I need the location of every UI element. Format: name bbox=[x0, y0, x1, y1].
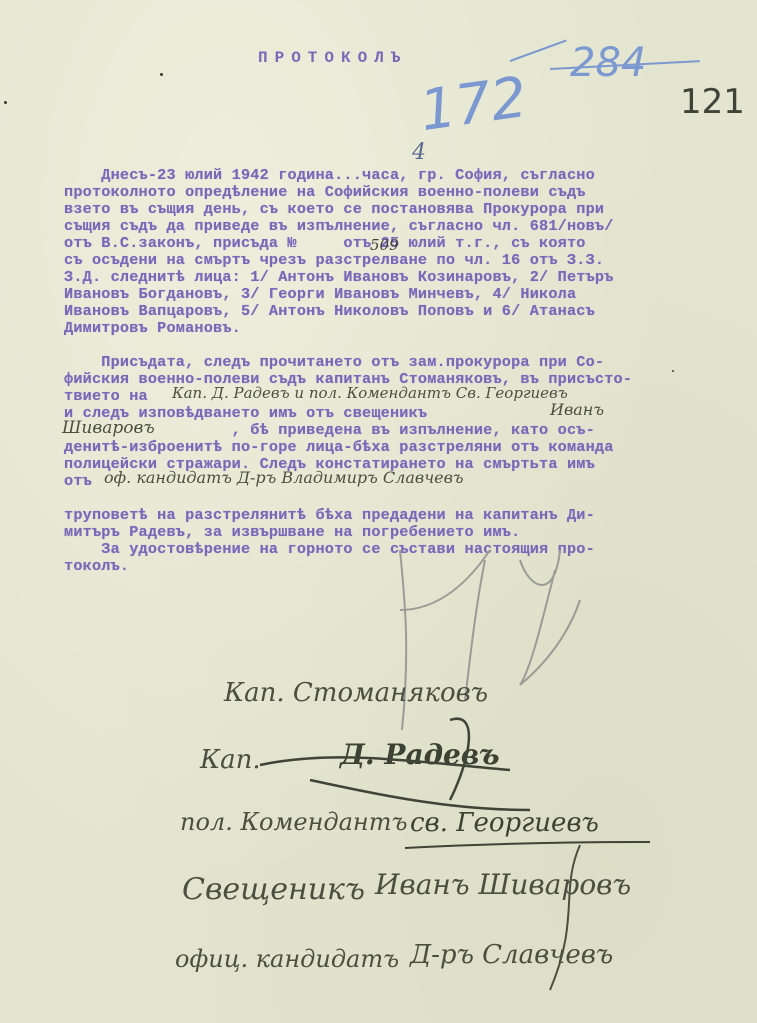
body-line: твието на bbox=[64, 387, 148, 405]
body-line: отъ В.С.законъ, присъда № отъ 25 юлий т.… bbox=[64, 234, 586, 252]
handwritten-priest-last: Шиваровъ bbox=[62, 418, 155, 438]
paper-speck bbox=[672, 370, 674, 372]
body-line: Присъдата, следъ прочитането отъ зам.про… bbox=[64, 353, 604, 371]
body-line: съ осъдени на смъртъ чрезъ разстрелване … bbox=[64, 251, 604, 269]
paper-speck bbox=[4, 101, 7, 104]
body-line: Днесъ-23 юлий 1942 година...часа, гр. Со… bbox=[64, 166, 595, 184]
document-paper: ПРОТОКОЛЪ 172 284 121 4 Днесъ-23 юлий 19… bbox=[0, 0, 757, 1023]
signature-flourish bbox=[250, 700, 570, 820]
document-title: ПРОТОКОЛЪ bbox=[258, 49, 407, 67]
body-line: З.Д. следнитѣ лица: 1/ Антонъ Ивановъ Ко… bbox=[64, 268, 614, 286]
signature-name: Д-ръ Славчевъ bbox=[410, 940, 613, 970]
paper-speck bbox=[160, 73, 163, 76]
handwritten-presence: Кап. Д. Радевъ и пол. Комендантъ Св. Гео… bbox=[172, 384, 568, 402]
signature-name: св. Георгиевъ bbox=[410, 808, 599, 838]
body-line: токолъ. bbox=[64, 557, 129, 575]
handwritten-hour: 4 bbox=[412, 140, 426, 165]
handwritten-priest-first: Иванъ bbox=[550, 400, 604, 419]
body-line: Ивановъ Богдановъ, 3/ Георги Ивановъ Мин… bbox=[64, 285, 576, 303]
archive-number-primary: 172 bbox=[416, 65, 531, 144]
signature-stroke bbox=[520, 840, 620, 1000]
body-line: взето въ същия день, съ което се постано… bbox=[64, 200, 604, 218]
signature-role: офиц. кандидатъ bbox=[175, 945, 399, 973]
body-line: същия съдъ да приведе въ изпълнение, съг… bbox=[64, 217, 614, 235]
body-line: митъръ Радевъ, за извършване на погребен… bbox=[64, 523, 520, 541]
body-line: Димитровъ Романовъ. bbox=[64, 319, 241, 337]
body-line: Ивановъ Вапцаровъ, 5/ Антонъ Николовъ По… bbox=[64, 302, 595, 320]
strikethrough-line bbox=[510, 40, 567, 62]
body-line: протоколното опредѣление на Софийския во… bbox=[64, 183, 586, 201]
page-number: 121 bbox=[680, 82, 745, 122]
signature-role: Свещеникъ bbox=[182, 872, 365, 907]
signature-role: пол. Комендантъ bbox=[180, 808, 407, 836]
body-line: труповетѣ на разстрелянитѣ бѣха предаден… bbox=[64, 506, 595, 524]
body-line: денитѣ-изброенитѣ по-горе лица-бѣха разс… bbox=[64, 438, 614, 456]
body-line: отъ bbox=[64, 472, 92, 490]
handwritten-doctor: оф. кандидатъ Д-ръ Владимиръ Славчевъ bbox=[104, 468, 464, 487]
